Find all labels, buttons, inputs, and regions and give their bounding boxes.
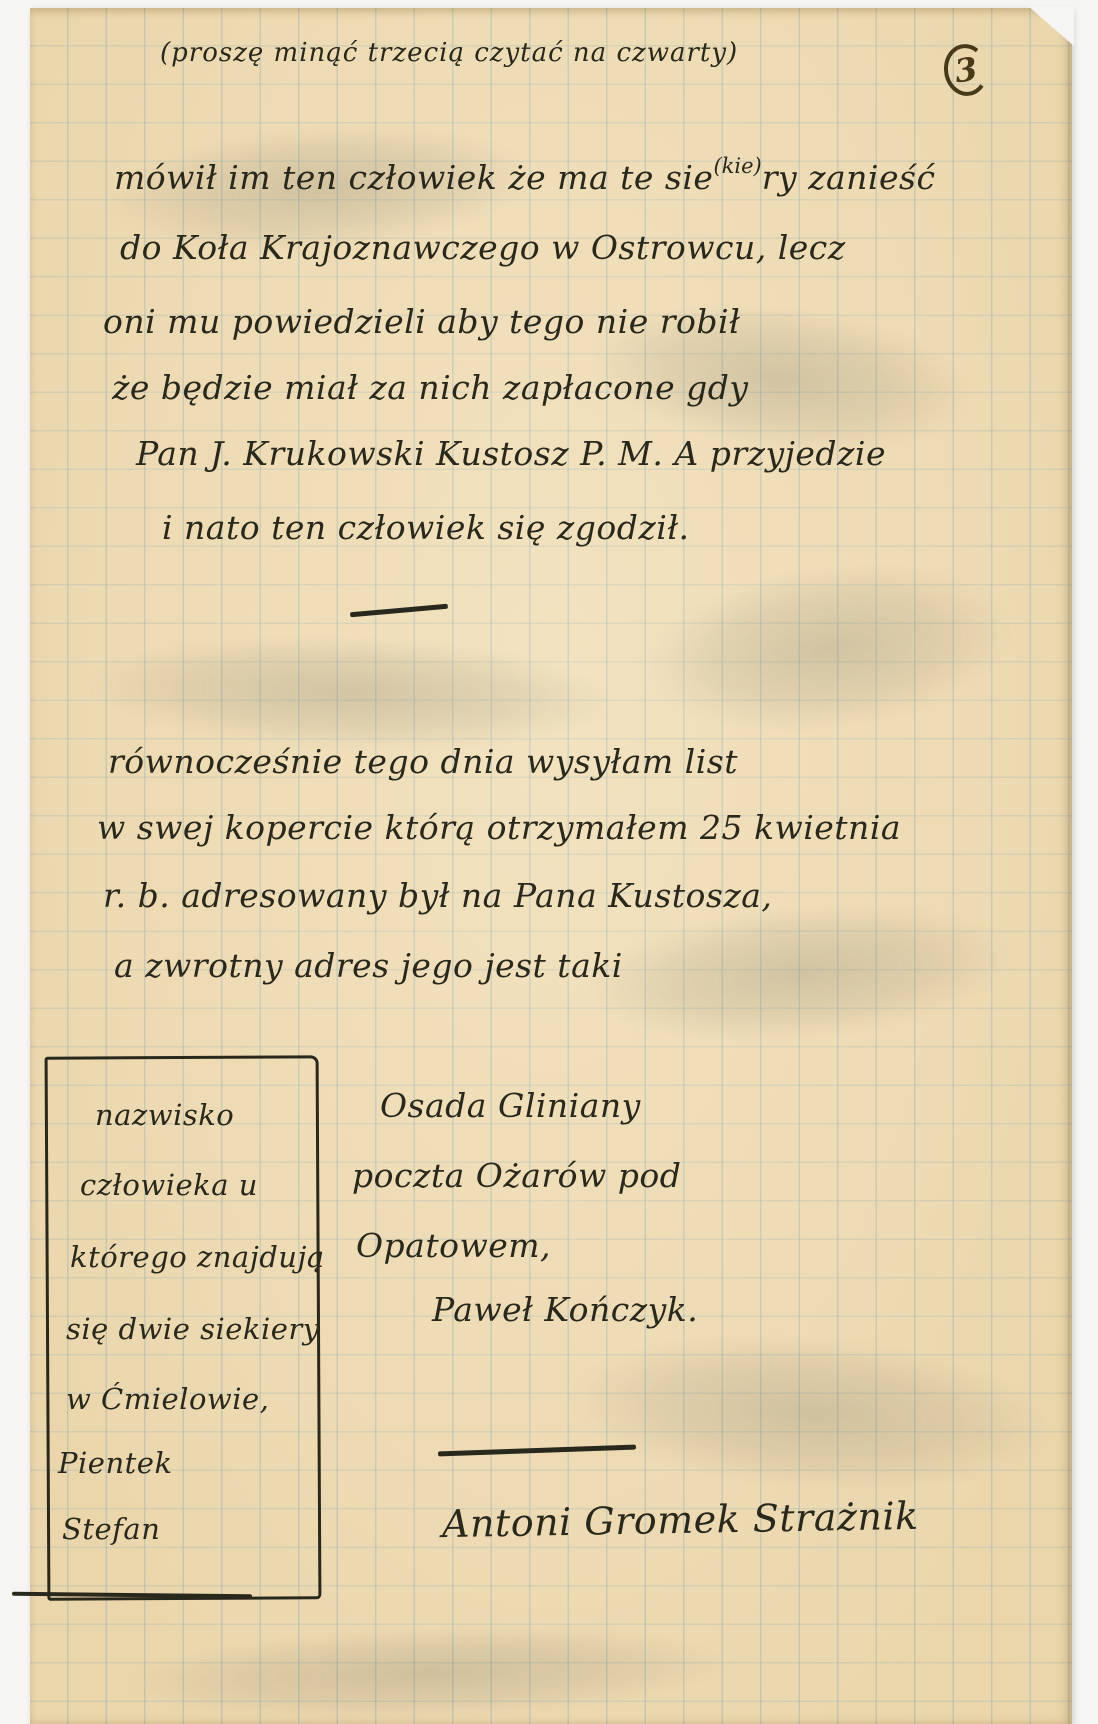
paragraph2-line3: r. b. adresowany był na Pana Kustosza, [103,876,772,915]
paragraph2-line2: w swej kopercie którą otrzymałem 25 kwie… [97,808,901,847]
address-line: Opatowem, [356,1226,551,1265]
header-note: (proszę minąć trzecią czytać na czwarty) [160,38,738,68]
note-box-line: człowieka u [80,1168,258,1202]
bleedthrough-mark [565,1321,1054,1504]
paragraph1-line1: mówił im ten człowiek że ma te sie(kie)r… [114,158,935,197]
paragraph2-line1: równocześnie tego dnia wysyłam list [108,742,738,781]
paragraph1-line3: oni mu powiedzieli aby tego nie robił [103,302,740,341]
note-box-line: Pientek [58,1446,173,1480]
address-line: poczta Ożarów pod [352,1156,681,1195]
bleedthrough-mark [129,1618,732,1724]
page-number: 3 [952,50,979,91]
note-box-line: Stefan [62,1512,160,1546]
bleedthrough-mark [88,629,612,757]
note-box-line: w Ćmielowie, [66,1382,269,1416]
note-box-line: nazwisko [95,1098,234,1132]
paragraph1-line1-post: ry zanieść [762,158,936,197]
paragraph1-line4: że będzie miał za nich zapłacone gdy [112,368,749,407]
paragraph1-line6: i nato ten człowiek się zgodził. [162,508,690,547]
paper-corner-cut [1028,6,1074,46]
paragraph1-line1-insertion: (kie) [713,154,761,178]
paragraph2-line4: a zwrotny adres jego jest taki [114,946,623,985]
address-line: Osada Gliniany [380,1086,641,1125]
signature: Antoni Gromek Strażnik [442,1494,919,1546]
paragraph1-line2: do Koła Krajoznawczego w Ostrowcu, lecz [120,228,846,267]
bleedthrough-mark [642,547,1019,750]
paragraph1-line1-pre: mówił im ten człowiek że ma te sie [114,158,713,197]
scanned-document: (proszę minąć trzecią czytać na czwarty)… [0,0,1098,1724]
paragraph1-line5: Pan J. Krukowski Kustosz P. M. A przyjed… [136,434,886,473]
note-box-line: się dwie siekiery [66,1312,320,1346]
note-box-line: którego znajdują [70,1240,325,1274]
address-line: Paweł Kończyk. [432,1290,698,1329]
